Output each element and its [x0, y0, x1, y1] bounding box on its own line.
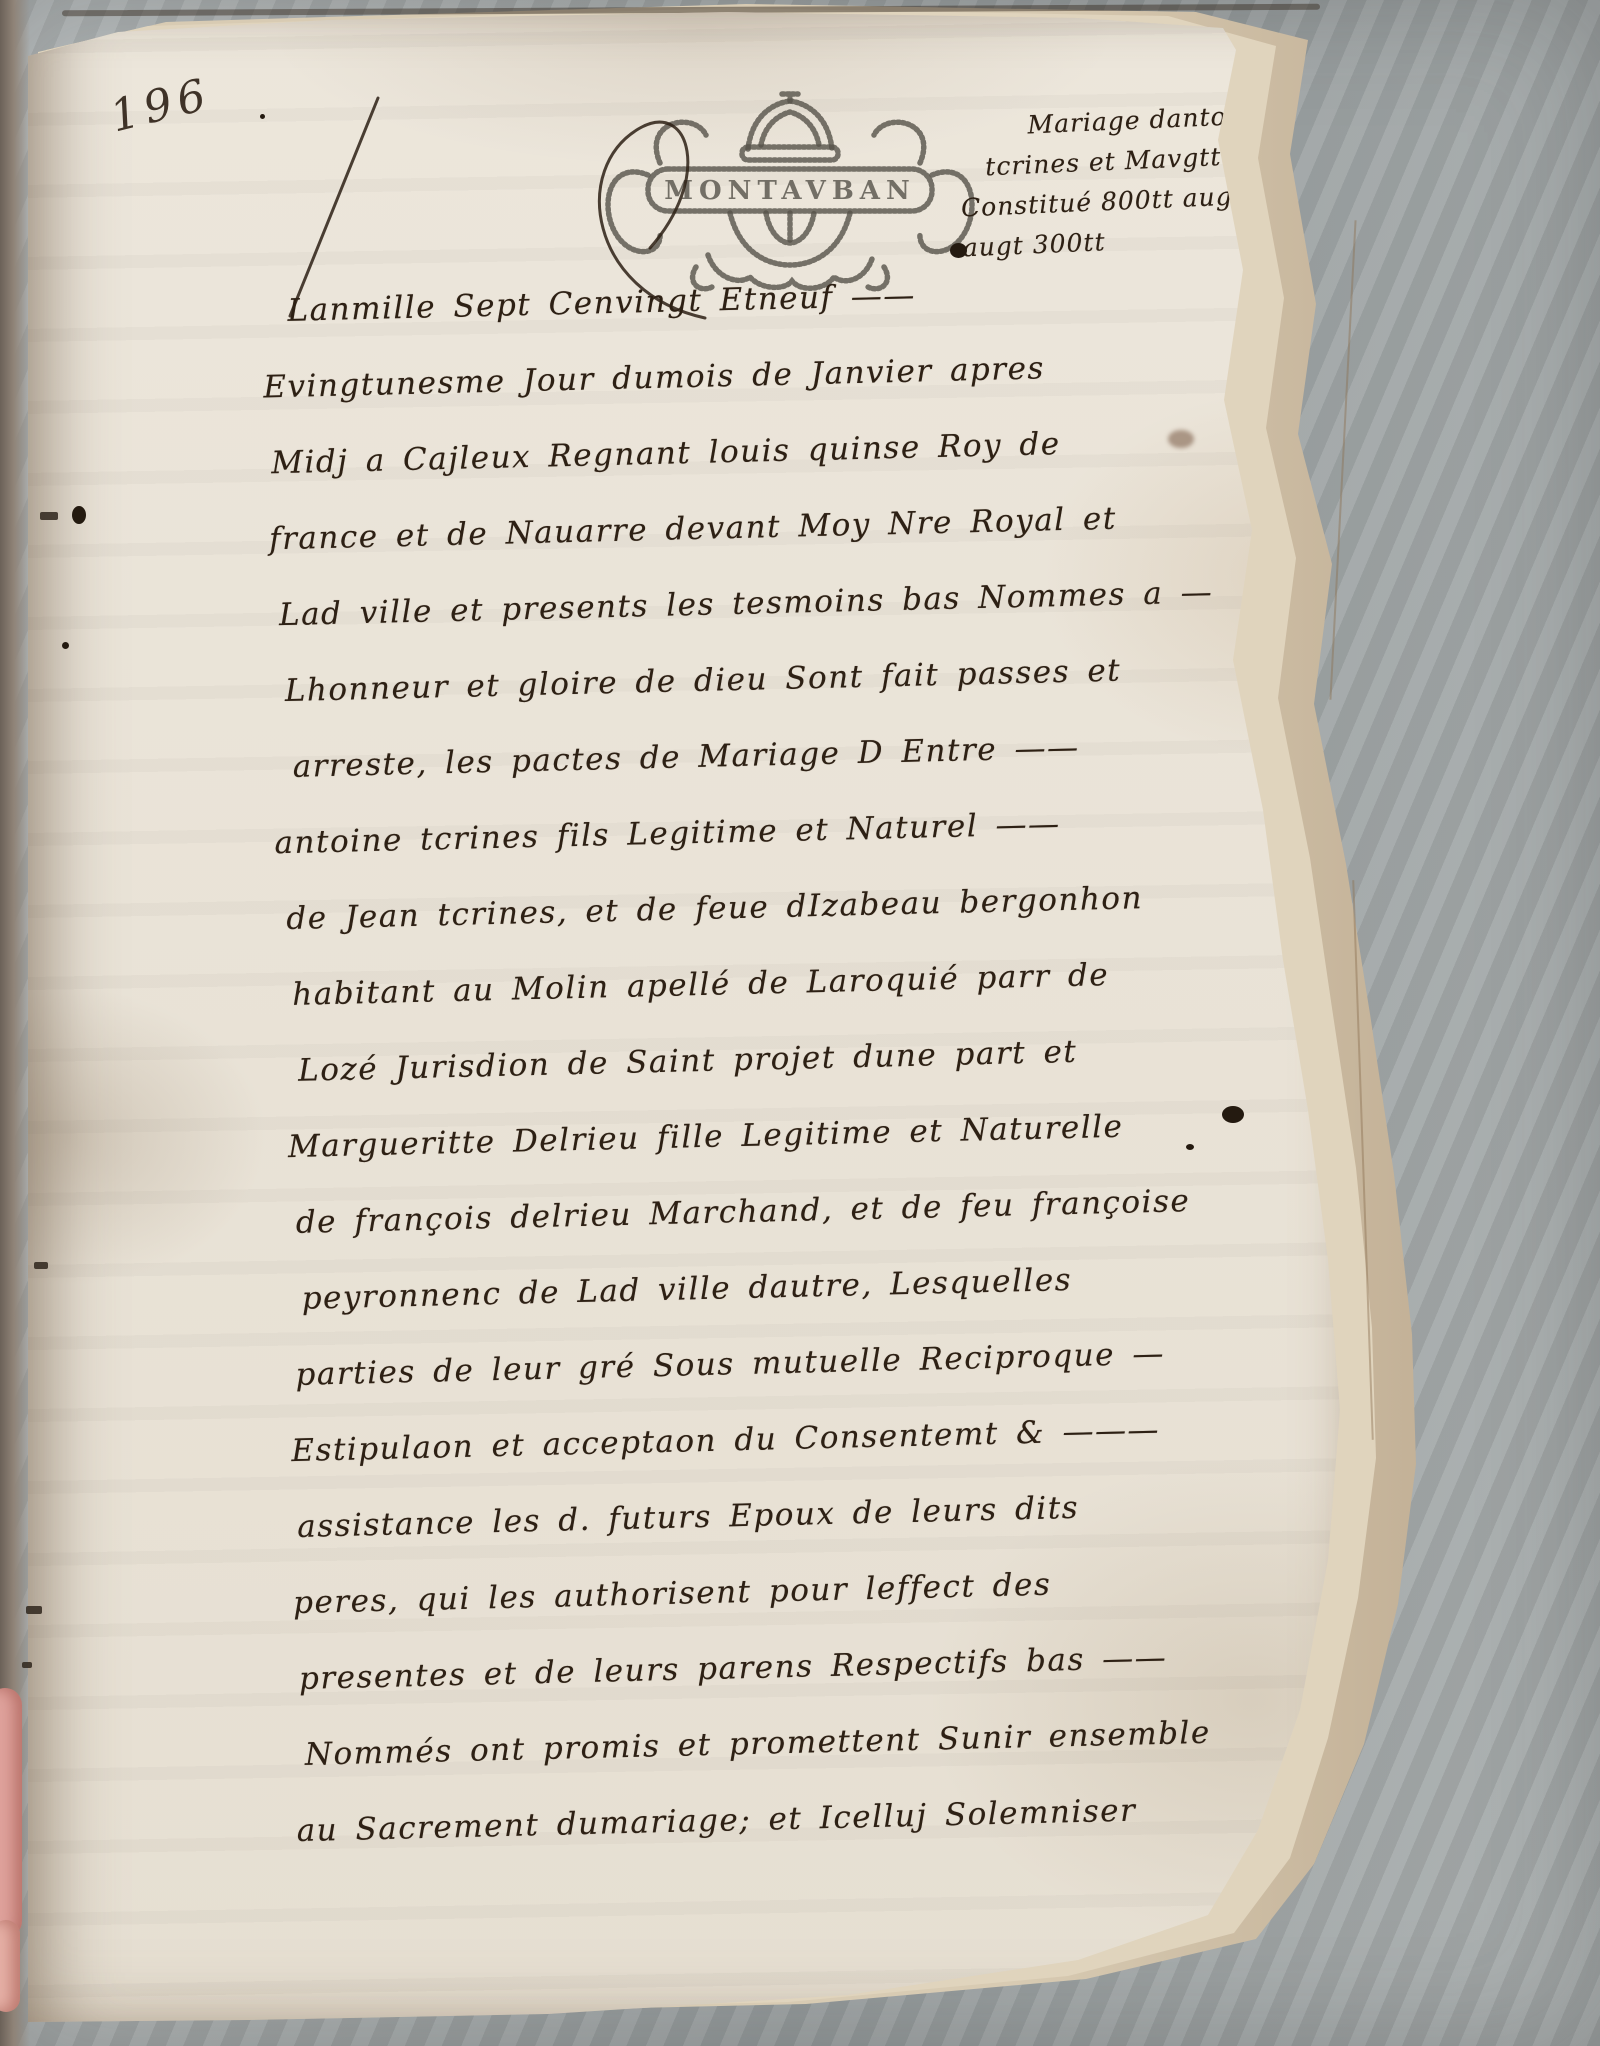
ink-blot: [950, 243, 967, 258]
page-edge-line: [1329, 220, 1356, 699]
ink-blot: [260, 114, 265, 119]
left-edge-mark: [40, 512, 58, 520]
left-edge-mark: [34, 1262, 48, 1269]
ink-blot: [72, 506, 86, 524]
manuscript-page: 196 MONTAVBAN Mariage dantoinetcrines et…: [28, 10, 1358, 2022]
finger: [0, 1920, 20, 2012]
photo-backdrop: 196 MONTAVBAN Mariage dantoinetcrines et…: [0, 0, 1600, 2046]
left-edge-mark: [26, 1606, 42, 1614]
ink-blot: [1186, 1144, 1194, 1150]
body-text: Lanmille Sept Cenvingt Etneuf ——Evingtun…: [261, 251, 1220, 1869]
ink-blot: [62, 642, 69, 649]
finger: [0, 1688, 22, 1938]
page-number: 196: [105, 68, 216, 142]
margin-note: Mariage dantoinetcrines et Mavgtte delri…: [957, 88, 1444, 269]
ink-blot: [1222, 1106, 1244, 1123]
left-edge-mark: [22, 1662, 32, 1668]
paper-stain: [1168, 430, 1194, 448]
